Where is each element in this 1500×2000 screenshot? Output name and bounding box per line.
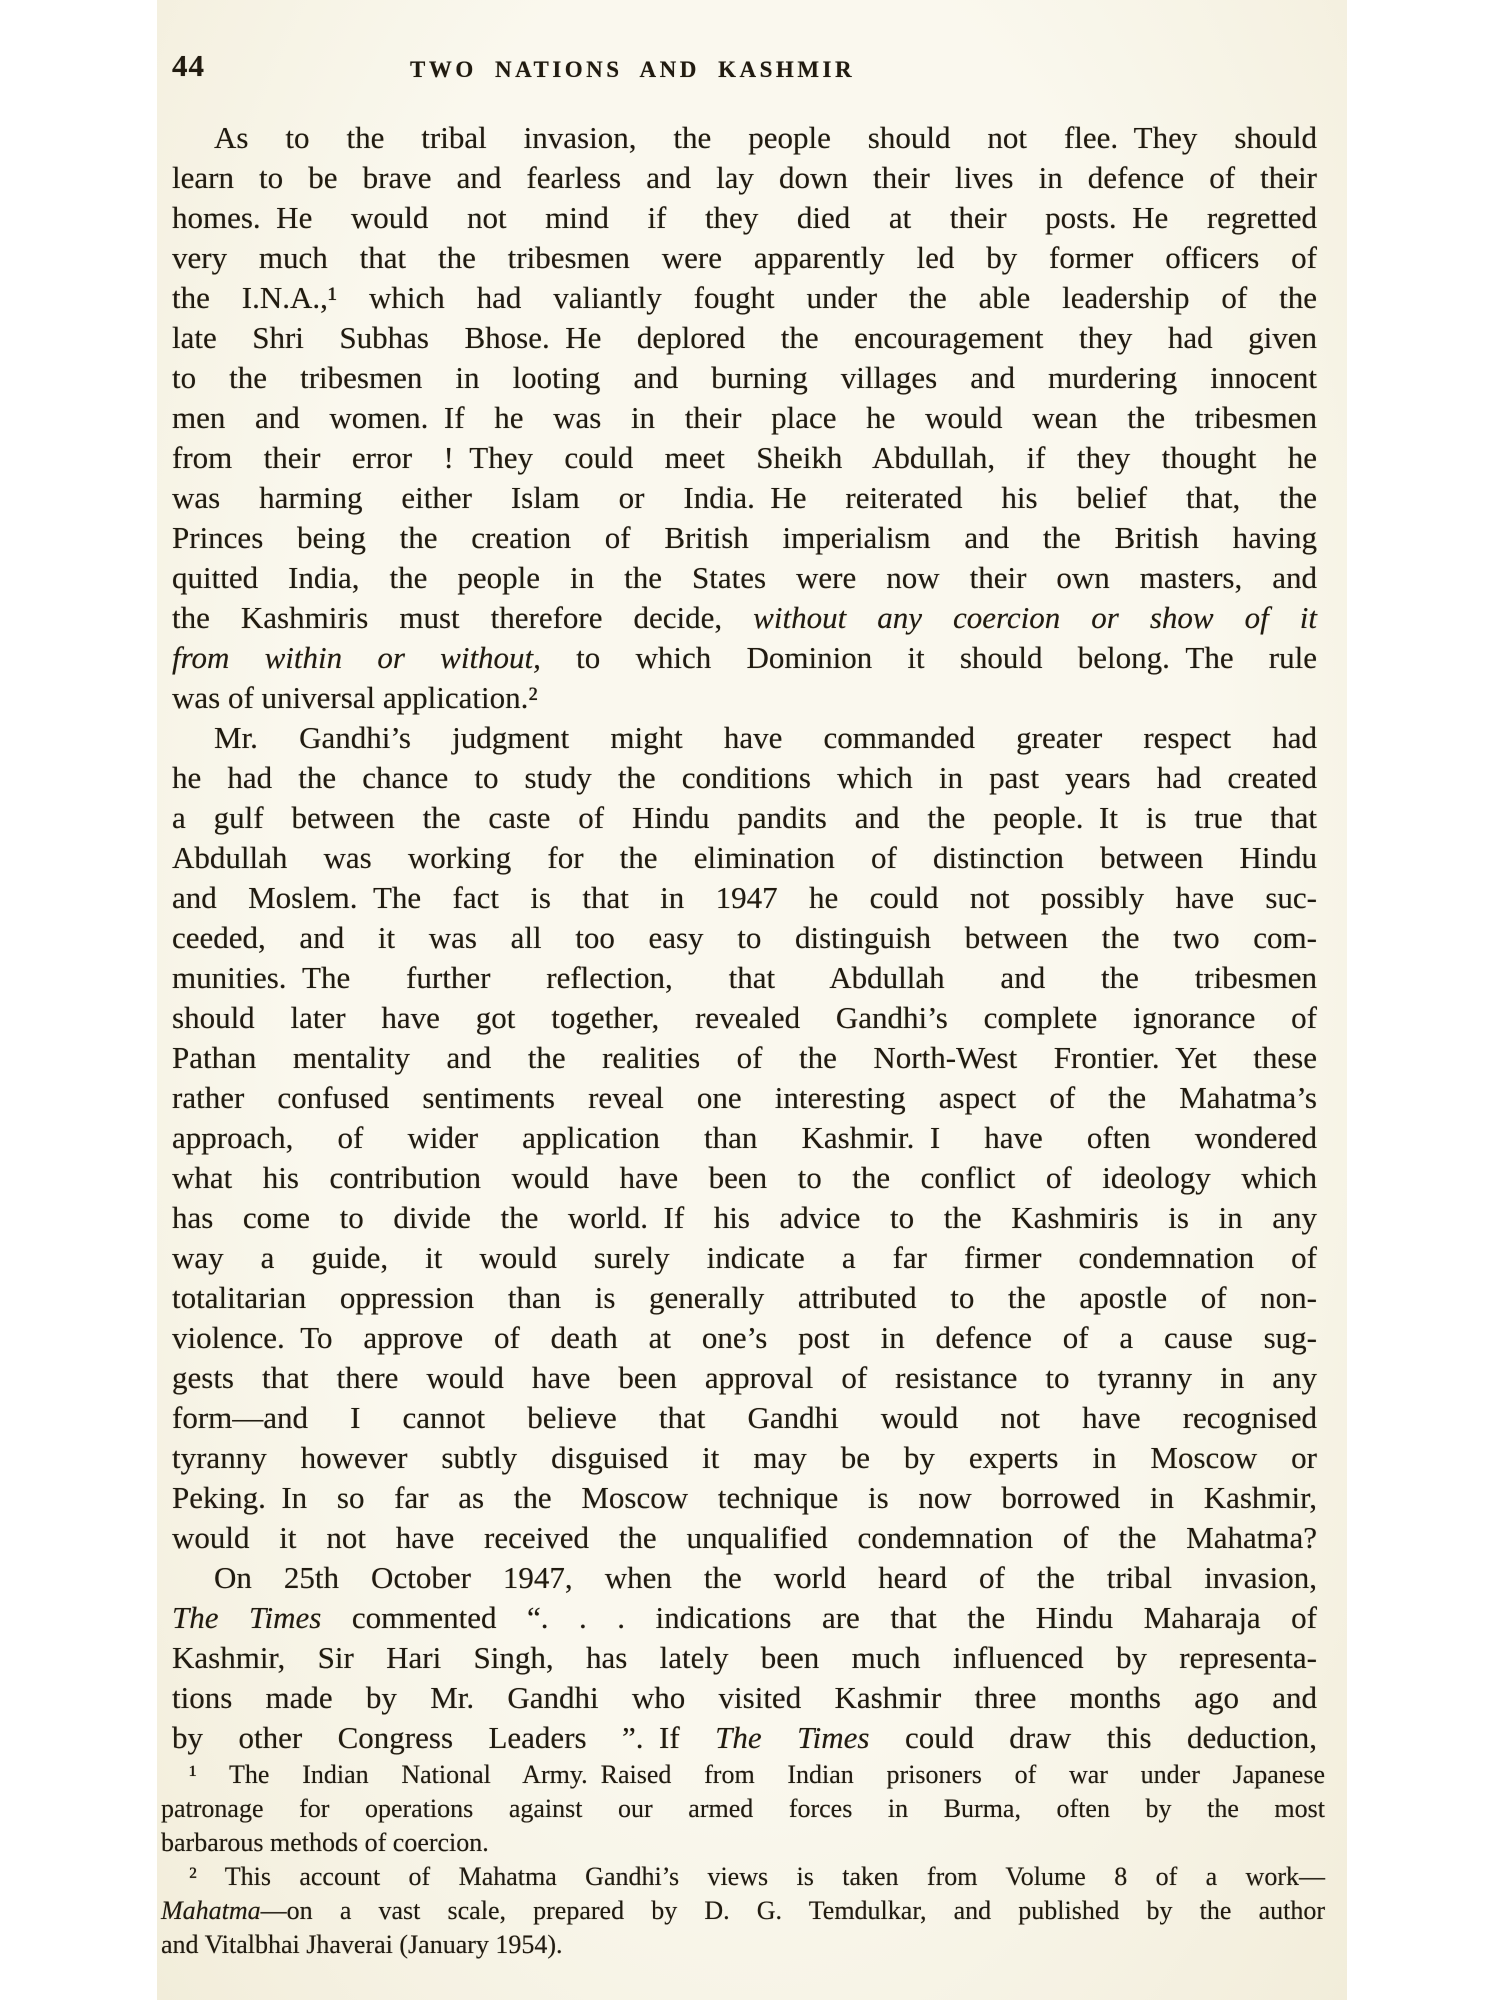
text-line: quitted India, the people in the States … (172, 558, 1317, 598)
text-segment: way a guide, it would surely indicate a … (172, 1240, 1317, 1275)
text-segment: Kashmir, Sir Hari Singh, has lately been… (172, 1640, 1317, 1675)
text-line: has come to divide the world. If his adv… (172, 1198, 1317, 1238)
text-segment: he had the chance to study the condition… (172, 760, 1317, 795)
text-segment: and Moslem. The fact is that in 1947 he … (172, 880, 1317, 915)
screenshot-background: { "page": { "number": "44", "running_tit… (0, 0, 1500, 2000)
text-segment: to which Dominion it should belong. The … (541, 640, 1317, 675)
text-line: learn to be brave and fearless and lay d… (172, 158, 1317, 198)
text-segment: gests that there would have been approva… (172, 1360, 1317, 1395)
text-segment: Pathan mentality and the realities of th… (172, 1040, 1317, 1075)
text-line: tyranny however subtly disguised it may … (172, 1438, 1317, 1478)
text-segment: barbarous methods of coercion. (161, 1828, 489, 1857)
text-line: ¹ The Indian National Army. Raised from … (161, 1758, 1325, 1792)
text-line: ² This account of Mahatma Gandhi’s views… (161, 1860, 1325, 1894)
text-line: by other Congress Leaders ”. If The Time… (172, 1718, 1317, 1758)
text-line: men and women. If he was in their place … (172, 398, 1317, 438)
text-line: would it not have received the unqualifi… (172, 1518, 1317, 1558)
text-segment: rather confused sentiments reveal one in… (172, 1080, 1317, 1115)
text-segment: could draw this deduction, (870, 1720, 1318, 1755)
text-segment: form—and I cannot believe that Gandhi wo… (172, 1400, 1317, 1435)
paragraph: ¹ The Indian National Army. Raised from … (161, 1758, 1325, 1860)
text-line: from within or without, to which Dominio… (172, 638, 1317, 678)
text-line: was of universal application.² (172, 678, 1317, 718)
text-line: homes. He would not mind if they died at… (172, 198, 1317, 238)
text-line: way a guide, it would surely indicate a … (172, 1238, 1317, 1278)
text-line: late Shri Subhas Bhose. He deplored the … (172, 318, 1317, 358)
text-segment: to the tribesmen in looting and burning … (172, 360, 1317, 395)
italic-text-segment: from within or without, (172, 640, 541, 675)
text-segment: late Shri Subhas Bhose. He deplored the … (172, 320, 1317, 355)
text-segment: was of universal application.² (172, 680, 538, 715)
text-segment: ² This account of Mahatma Gandhi’s views… (189, 1862, 1325, 1891)
text-segment: tyranny however subtly disguised it may … (172, 1440, 1317, 1475)
text-segment: would it not have received the unqualifi… (172, 1520, 1317, 1555)
text-segment: should later have got together, revealed… (172, 1000, 1317, 1035)
text-segment: homes. He would not mind if they died at… (172, 200, 1317, 235)
text-line: to the tribesmen in looting and burning … (172, 358, 1317, 398)
text-segment: the I.N.A.,¹ which had valiantly fought … (172, 280, 1317, 315)
text-line: On 25th October 1947, when the world hea… (172, 1558, 1317, 1598)
running-header-title: TWO NATIONS AND KASHMIR (410, 57, 855, 83)
paragraph: Mr. Gandhi’s judgment might have command… (172, 718, 1317, 1558)
text-segment: learn to be brave and fearless and lay d… (172, 160, 1317, 195)
text-line: rather confused sentiments reveal one in… (172, 1078, 1317, 1118)
text-segment: a gulf between the caste of Hindu pandit… (172, 800, 1317, 835)
text-line: Mahatma—on a vast scale, prepared by D. … (161, 1894, 1325, 1928)
text-segment: quitted India, the people in the States … (172, 560, 1317, 595)
text-segment: has come to divide the world. If his adv… (172, 1200, 1317, 1235)
text-segment: Princes being the creation of British im… (172, 520, 1317, 555)
text-line: totalitarian oppression than is generall… (172, 1278, 1317, 1318)
book-page: 44 TWO NATIONS AND KASHMIR As to the tri… (157, 0, 1347, 2000)
text-line: Pathan mentality and the realities of th… (172, 1038, 1317, 1078)
text-line: ceeded, and it was all too easy to disti… (172, 918, 1317, 958)
paragraph: On 25th October 1947, when the world hea… (172, 1558, 1317, 1758)
text-segment: and Vitalbhai Jhaverai (January 1954). (161, 1930, 563, 1959)
text-segment: what his contribution would have been to… (172, 1160, 1317, 1195)
text-segment: Peking. In so far as the Moscow techniqu… (172, 1480, 1317, 1515)
text-segment: very much that the tribesmen were appare… (172, 240, 1317, 275)
text-line: barbarous methods of coercion. (161, 1826, 1325, 1860)
footnotes-section: ¹ The Indian National Army. Raised from … (161, 1758, 1325, 1962)
italic-text-segment: The Times (172, 1600, 321, 1635)
text-line: and Moslem. The fact is that in 1947 he … (172, 878, 1317, 918)
text-segment: Abdullah was working for the elimination… (172, 840, 1317, 875)
text-line: from their error ! They could meet Sheik… (172, 438, 1317, 478)
text-segment: from their error ! They could meet Sheik… (172, 440, 1317, 475)
text-line: tions made by Mr. Gandhi who visited Kas… (172, 1678, 1317, 1718)
text-segment: men and women. If he was in their place … (172, 400, 1317, 435)
italic-text-segment: without any coercion or show of it (753, 600, 1317, 635)
page-number: 44 (172, 48, 205, 84)
text-segment: On 25th October 1947, when the world hea… (214, 1560, 1317, 1595)
text-line: The Times commented “. . . indications a… (172, 1598, 1317, 1638)
text-line: a gulf between the caste of Hindu pandit… (172, 798, 1317, 838)
text-line: he had the chance to study the condition… (172, 758, 1317, 798)
text-line: the I.N.A.,¹ which had valiantly fought … (172, 278, 1317, 318)
text-segment: tions made by Mr. Gandhi who visited Kas… (172, 1680, 1317, 1715)
italic-text-segment: The Times (715, 1720, 869, 1755)
text-line: what his contribution would have been to… (172, 1158, 1317, 1198)
text-line: Kashmir, Sir Hari Singh, has lately been… (172, 1638, 1317, 1678)
body-text: As to the tribal invasion, the people sh… (172, 118, 1317, 1758)
text-segment: by other Congress Leaders ”. If (172, 1720, 715, 1755)
text-segment: patronage for operations against our arm… (161, 1794, 1325, 1823)
text-line: Peking. In so far as the Moscow techniqu… (172, 1478, 1317, 1518)
text-line: As to the tribal invasion, the people sh… (172, 118, 1317, 158)
text-segment: Mr. Gandhi’s judgment might have command… (214, 720, 1317, 755)
text-segment: approach, of wider application than Kash… (172, 1120, 1317, 1155)
text-segment: ¹ The Indian National Army. Raised from … (189, 1760, 1325, 1789)
text-line: munities. The further reflection, that A… (172, 958, 1317, 998)
text-line: form—and I cannot believe that Gandhi wo… (172, 1398, 1317, 1438)
text-segment: violence. To approve of death at one’s p… (172, 1320, 1317, 1355)
text-line: violence. To approve of death at one’s p… (172, 1318, 1317, 1358)
text-line: very much that the tribesmen were appare… (172, 238, 1317, 278)
text-line: was harming either Islam or India. He re… (172, 478, 1317, 518)
text-line: gests that there would have been approva… (172, 1358, 1317, 1398)
text-segment: —on a vast scale, prepared by D. G. Temd… (261, 1896, 1325, 1925)
italic-text-segment: Mahatma (161, 1896, 261, 1925)
text-line: patronage for operations against our arm… (161, 1792, 1325, 1826)
text-line: should later have got together, revealed… (172, 998, 1317, 1038)
text-segment: the Kashmiris must therefore decide, (172, 600, 753, 635)
text-line: Mr. Gandhi’s judgment might have command… (172, 718, 1317, 758)
text-segment: totalitarian oppression than is generall… (172, 1280, 1317, 1315)
paragraph: As to the tribal invasion, the people sh… (172, 118, 1317, 718)
text-line: and Vitalbhai Jhaverai (January 1954). (161, 1928, 1325, 1962)
text-line: Abdullah was working for the elimination… (172, 838, 1317, 878)
text-segment: ceeded, and it was all too easy to disti… (172, 920, 1317, 955)
text-segment: As to the tribal invasion, the people sh… (214, 120, 1317, 155)
text-segment: munities. The further reflection, that A… (172, 960, 1317, 995)
paragraph: ² This account of Mahatma Gandhi’s views… (161, 1860, 1325, 1962)
text-line: approach, of wider application than Kash… (172, 1118, 1317, 1158)
text-line: Princes being the creation of British im… (172, 518, 1317, 558)
text-segment: was harming either Islam or India. He re… (172, 480, 1317, 515)
text-line: the Kashmiris must therefore decide, wit… (172, 598, 1317, 638)
text-segment: commented “. . . indications are that th… (321, 1600, 1317, 1635)
